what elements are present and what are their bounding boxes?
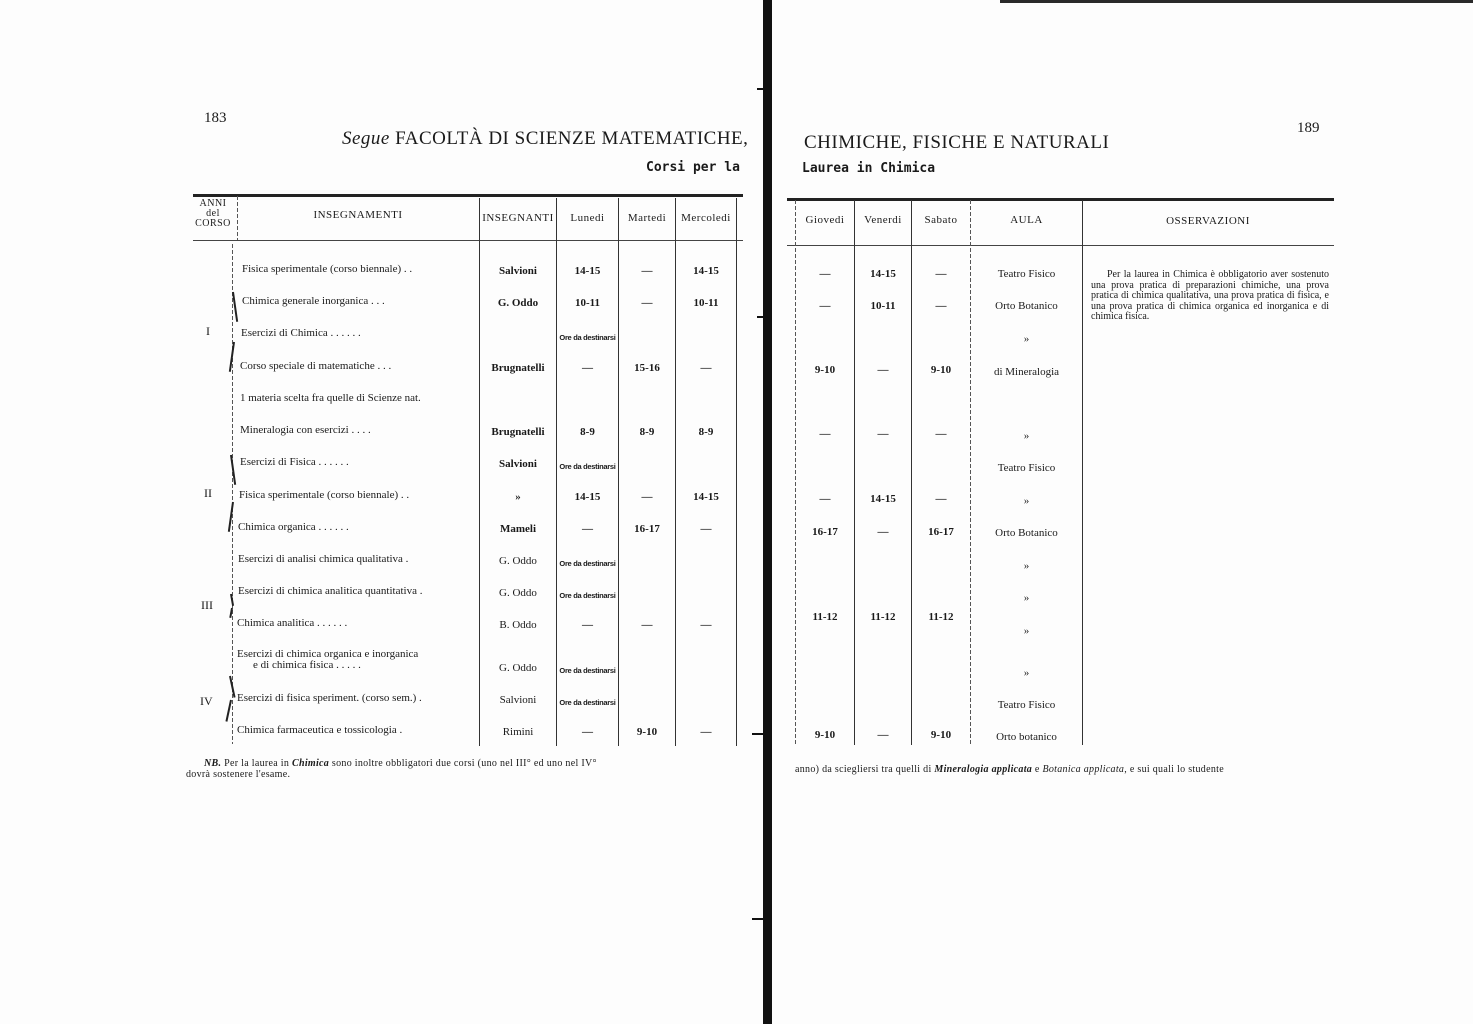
monday-hours: —: [557, 523, 618, 535]
table-top-rule-right: [787, 198, 1334, 201]
teacher: G. Oddo: [480, 662, 556, 674]
classroom: Teatro Fisico: [971, 268, 1082, 280]
footnote-text: , e sui quali lo studente: [1124, 764, 1224, 775]
classroom: Orto Botanico: [971, 527, 1082, 539]
tuesday-hours: —: [619, 619, 675, 631]
saturday-hours: —: [912, 493, 970, 505]
course-name: Chimica generale inorganica . . .: [242, 295, 385, 307]
year-label-3: III: [201, 598, 213, 613]
nb-label: NB.: [204, 758, 221, 769]
course-name: Chimica farmaceutica e tossicologia .: [237, 724, 402, 736]
teacher: Salvioni: [480, 458, 556, 470]
year-column-divider: [232, 244, 233, 744]
friday-hours: 10-11: [855, 300, 911, 312]
spine-mark: [757, 88, 767, 90]
monday-hours: Ore da destinarsi: [557, 333, 618, 342]
spine-mark: [752, 733, 766, 735]
classroom: »: [971, 430, 1082, 442]
monday-hours: —: [557, 726, 618, 738]
monday-hours: Ore da destinarsi: [557, 698, 618, 707]
tuesday-hours: —: [619, 491, 675, 503]
footnote-italic: Chimica: [292, 758, 329, 769]
year-label-1: I: [206, 324, 210, 339]
header-bottom-rule-right: [787, 245, 1334, 246]
column-divider: [618, 198, 619, 746]
footnote-text: anno) da sciegliersi tra quelli di: [795, 764, 932, 775]
title-italic-segue: Segue: [342, 128, 390, 149]
teacher: »: [480, 491, 556, 503]
column-divider: [795, 200, 796, 745]
left-page-subtitle: Corsi per la: [646, 160, 740, 175]
title-main-left: FACOLTÀ DI SCIENZE MATEMATICHE,: [395, 128, 748, 149]
thursday-hours: —: [796, 268, 854, 280]
monday-hours: 8-9: [557, 426, 618, 438]
thursday-hours: —: [796, 428, 854, 440]
spine-mark: [757, 316, 769, 318]
column-divider: [854, 200, 855, 745]
footnote-text: sono inoltre obbligatori due corsi (uno …: [332, 758, 597, 769]
left-page-number: 183: [204, 110, 227, 127]
header-insegnanti: INSEGNANTI: [480, 213, 556, 224]
course-name: Chimica organica . . . . . .: [238, 521, 349, 533]
year-label-2: II: [204, 486, 212, 501]
course-name: Fisica sperimentale (corso biennale) . .: [239, 489, 409, 501]
wednesday-hours: —: [676, 619, 736, 631]
classroom: Teatro Fisico: [971, 699, 1082, 711]
saturday-hours: —: [912, 300, 970, 312]
thursday-hours: —: [796, 493, 854, 505]
monday-hours: Ore da destinarsi: [557, 591, 618, 600]
year-label-4: IV: [200, 694, 213, 709]
teacher: Salvioni: [480, 265, 556, 277]
thursday-hours: —: [796, 300, 854, 312]
tuesday-hours: 9-10: [619, 726, 675, 738]
footnote-left: NB. Per la laurea in Chimica sono inoltr…: [186, 758, 597, 780]
classroom: Orto botanico: [971, 731, 1082, 743]
header-corso: CORSO: [190, 219, 236, 229]
teacher: Rimini: [480, 726, 556, 738]
header-giovedi: Giovedi: [796, 215, 854, 226]
course-name: Esercizi di chimica analitica quantitati…: [238, 585, 422, 597]
saturday-hours: —: [912, 428, 970, 440]
classroom: »: [971, 495, 1082, 507]
header-bottom-rule: [193, 240, 743, 241]
wednesday-hours: 8-9: [676, 426, 736, 438]
wednesday-hours: —: [676, 362, 736, 374]
right-page-subtitle: Laurea in Chimica: [802, 161, 935, 176]
course-name: Esercizi di Fisica . . . . . .: [240, 456, 349, 468]
brace-stroke: [230, 594, 234, 606]
saturday-hours: —: [912, 268, 970, 280]
spine-mark: [752, 918, 764, 920]
right-page-number: 189: [1297, 120, 1320, 137]
brace-stroke: [230, 455, 236, 485]
monday-hours: 10-11: [557, 297, 618, 309]
footnote-line2: dovrà sostenere l'esame.: [186, 769, 597, 780]
header-osservazioni: OSSERVAZIONI: [1083, 216, 1333, 227]
book-spine: [763, 0, 772, 1024]
column-divider: [1082, 200, 1083, 745]
footnote-right: anno) da sciegliersi tra quelli di Miner…: [795, 764, 1224, 775]
header-lunedi: Lunedi: [557, 213, 618, 224]
scan-edge-line: [1000, 0, 1473, 3]
saturday-hours: 11-12: [912, 611, 970, 623]
tuesday-hours: —: [619, 265, 675, 277]
course-name: Esercizi di analisi chimica qualitativa …: [238, 553, 408, 565]
header-anni-del-corso: ANNI del CORSO: [190, 199, 236, 229]
course-name: Esercizi di chimica organica e inorganic…: [237, 649, 418, 671]
course-name: Mineralogia con esercizi . . . .: [240, 424, 371, 436]
saturday-hours: 16-17: [912, 526, 970, 538]
thursday-hours: 16-17: [796, 526, 854, 538]
tuesday-hours: —: [619, 297, 675, 309]
monday-hours: Ore da destinarsi: [557, 462, 618, 471]
column-divider: [911, 200, 912, 745]
wednesday-hours: —: [676, 523, 736, 535]
classroom: Orto Botanico: [971, 300, 1082, 312]
teacher: G. Oddo: [480, 555, 556, 567]
friday-hours: 14-15: [855, 268, 911, 280]
monday-hours: 14-15: [557, 491, 618, 503]
wednesday-hours: 14-15: [676, 491, 736, 503]
friday-hours: —: [855, 526, 911, 538]
monday-hours: —: [557, 362, 618, 374]
column-divider: [556, 198, 557, 746]
footnote-text: Per la laurea in: [224, 758, 289, 769]
course-name-line2: e di chimica fisica . . . . .: [237, 660, 418, 671]
course-name: Esercizi di Chimica . . . . . .: [241, 327, 361, 339]
header-aula: AULA: [971, 215, 1082, 226]
teacher: G. Oddo: [480, 297, 556, 309]
classroom: Teatro Fisico: [971, 462, 1082, 474]
saturday-hours: 9-10: [912, 364, 970, 376]
friday-hours: —: [855, 428, 911, 440]
thursday-hours: 9-10: [796, 729, 854, 741]
right-page-title: CHIMICHE, FISICHE E NATURALI: [804, 132, 1109, 154]
header-martedi: Martedi: [619, 213, 675, 224]
header-sabato: Sabato: [912, 215, 970, 226]
left-page-title: Segue FACOLTÀ DI SCIENZE MATEMATICHE,: [342, 128, 748, 150]
brace-stroke: [225, 700, 232, 722]
monday-hours: Ore da destinarsi: [557, 559, 618, 568]
teacher: Salvioni: [480, 694, 556, 706]
header-mercoledi: Mercoledi: [676, 213, 736, 224]
wednesday-hours: 10-11: [676, 297, 736, 309]
teacher: B. Oddo: [480, 619, 556, 631]
header-venerdi: Venerdi: [855, 215, 911, 226]
observations-note: Per la laurea in Chimica è obbligatorio …: [1091, 270, 1329, 323]
friday-hours: 11-12: [855, 611, 911, 623]
footnote-text: e: [1035, 764, 1040, 775]
tuesday-hours: 15-16: [619, 362, 675, 374]
classroom: »: [971, 625, 1082, 637]
teacher: Brugnatelli: [480, 362, 556, 374]
course-name: Chimica analitica . . . . . .: [237, 617, 347, 629]
monday-hours: —: [557, 619, 618, 631]
column-divider: [675, 198, 676, 746]
friday-hours: —: [855, 729, 911, 741]
tuesday-hours: 8-9: [619, 426, 675, 438]
friday-hours: 14-15: [855, 493, 911, 505]
brace-stroke: [228, 502, 234, 532]
monday-hours: 14-15: [557, 265, 618, 277]
saturday-hours: 9-10: [912, 729, 970, 741]
thursday-hours: 11-12: [796, 611, 854, 623]
classroom: »: [971, 592, 1082, 604]
thursday-hours: 9-10: [796, 364, 854, 376]
wednesday-hours: —: [676, 726, 736, 738]
course-name: 1 materia scelta fra quelle di Scienze n…: [240, 392, 421, 404]
course-name: Esercizi di fisica speriment. (corso sem…: [237, 692, 422, 704]
course-name: Fisica sperimentale (corso biennale) . .: [242, 263, 412, 275]
footnote-italic: Mineralogia applicata: [934, 764, 1032, 775]
friday-hours: —: [855, 364, 911, 376]
monday-hours: Ore da destinarsi: [557, 666, 618, 675]
wednesday-hours: 14-15: [676, 265, 736, 277]
column-divider: [736, 198, 737, 746]
tuesday-hours: 16-17: [619, 523, 675, 535]
course-name: Corso speciale di matematiche . . .: [240, 360, 391, 372]
footnote-italic: Botanica applicata: [1042, 764, 1124, 775]
teacher: Mameli: [480, 523, 556, 535]
teacher: Brugnatelli: [480, 426, 556, 438]
classroom: di Mineralogia: [971, 366, 1082, 378]
classroom: »: [971, 560, 1082, 572]
table-top-rule: [193, 194, 743, 197]
classroom: »: [971, 333, 1082, 345]
classroom: »: [971, 667, 1082, 679]
teacher: G. Oddo: [480, 587, 556, 599]
header-insegnamenti: INSEGNAMENTI: [238, 210, 478, 221]
